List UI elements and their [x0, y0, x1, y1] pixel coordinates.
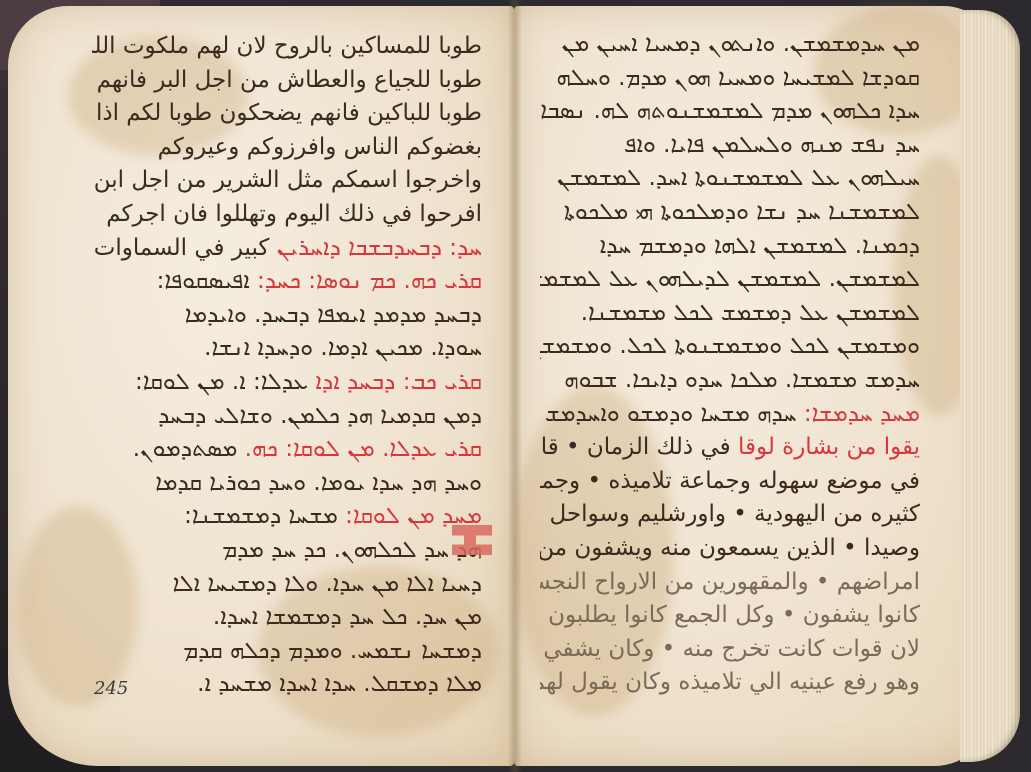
manuscript-line: ܡܚܕ ܚܕܡܫܐ: ܚܕܗ ܡܫܚܐ ܘܕܡܫܘ ܘܐܚܕܡܫ [540, 398, 920, 432]
manuscript-line: امراضهم • والمقهورين من الارواح النجسة [540, 566, 920, 600]
line-text: ܚܝܠܗܘܢ ܥܠ ܠܡܫܡܫܢܘܬܐ ܐܚܕ. ܠܡܫܡܫܢ [557, 165, 920, 191]
manuscript-line: طوبا للمساكين بالروح لان لهم ملكوت الله [92, 30, 482, 64]
line-text: ܚܘܕܐ. ܡܟܝܢ ܐܕܡܐ. ܘܕܚܕܐ ܐܢܫܐ. [204, 335, 482, 361]
manuscript-line: واخرجوا اسمكم مثل الشرير من اجل ابن البش… [92, 164, 482, 198]
manuscript-line: طوبا للجياع والعطاش من اجل البر فانهم يش… [92, 64, 482, 98]
left-page-text: طوبا للمساكين بالروح لان لهم ملكوت اللهط… [92, 30, 482, 702]
rubric-text: يقوا من بشارة لوقا [731, 434, 920, 460]
rubric-text: ܡܚܕ ܚܕܡܫܐ: [797, 401, 920, 427]
line-text: طوبا للباكين فانهم يضحكون طوبا لكم اذا [96, 100, 482, 126]
manuscript-line: ܠܡܫܡܫܢܐ ܚܕ ܢܫܐ ܘܕܡܠܟܘܬܐ ܗܝ ܡܠܟܘܬܐ [540, 196, 920, 230]
manuscript-line: ܚܕܡܫ ܡܫܡܫܐ. ܡܠܟܐ ܚܕܘ ܕܐܝܟܐ. ܫܒܘܗ [540, 364, 920, 398]
line-text: وهو رفع عينيه الي تلاميذه وكان يقول لهم [540, 669, 920, 695]
line-text: افرحوا في ذلك اليوم وتهللوا فان اجركم [106, 201, 482, 227]
line-text: ܚܕ ܢܦܫ ܡܢܗ ܘܠܚܠܡܢ ܦܐܝܐ. ܘܐܦ [624, 132, 920, 158]
manuscript-line: في موضع سهوله وجماعة تلاميذه • وجماعة [540, 465, 920, 499]
line-text: ܕܡܫܚܐ ܢܫܡܚ. ܘܡܕܡ ܕܟܠܗ ܩܕܡ [183, 638, 482, 664]
manuscript-line: ܩܪܝ ܥܕܠܐ. ܡܢ ܠܘܩܐ: ܟܗ. ܡܣܬܕܡܘܢ. [92, 433, 482, 467]
manuscript-line: وصيدا • الذين يسمعون منه ويشفون من [540, 532, 920, 566]
manuscript-line: ܠܡܫܡܫܢ ܥܠ ܕܡܫܡܫ ܠܟܠ ܡܫܡܫܢܐ. [540, 297, 920, 331]
rubric-text: ܩܪܝ ܟܒ: ܕܒܚܕ ܐܕܐ [308, 369, 482, 395]
line-text: ܕܡܢ ܩܕܡܝܐ ܗܕ ܟܠܡܢ. ܘܫܐܠܝ ܕܒܚܕ [158, 403, 482, 429]
manuscript-line: ܕܟܡܢܐ. ܠܡܫܡܫܢ ܐܠܗܐ ܘܕܡܫܡ ܚܕܐ [540, 230, 920, 264]
manuscript-line: ܡܢ ܚܕܡܫܡܫܢ. ܘܐܢܬܘܢ ܕܡܚܝܐ ܐܚܝܢ ܡܢ [540, 28, 920, 62]
rubric-text: ܩܪܝ ܟܗ. ܟܡ ܢܘܣܐ: ܟܚܕ: [250, 268, 482, 294]
manuscript-line: ܘܡܫܡܫܢ ܠܟܠ ܘܡܫܡܫܢܘܬܐ ܠܟܠ. ܘܡܫܡܫܢ [540, 330, 920, 364]
manuscript-line: ܡܚܕ ܡܢ ܠܘܩܐ: ܡܫܚܐ ܕܡܫܡܫܢܐ: [92, 500, 482, 534]
rubric-text: ܩܪܝ ܥܕܠܐ. ܡܢ ܠܘܩܐ: ܟܗ. [237, 436, 482, 462]
line-text: طوبا للجياع والعطاش من اجل البر فانهم يش… [92, 67, 482, 93]
manuscript-line: ܚܘܕܐ. ܡܟܝܢ ܐܕܡܐ. ܘܕܚܕܐ ܐܢܫܐ. [92, 332, 482, 366]
manuscript-line: ܕܚܝܐ ܐܠܐ ܡܢ ܚܕܐ. ܘܠܐ ܕܡܫܝܚܐ ܐܠܐ [92, 568, 482, 602]
line-text: واخرجوا اسمكم مثل الشرير من اجل ابن البش… [92, 167, 482, 193]
line-text: ܡܣܬܕܡܘܢ. [133, 436, 238, 462]
manuscript-line: ܚܝܠܗܘܢ ܥܠ ܠܡܫܡܫܢܘܬܐ ܐܚܕ. ܠܡܫܡܫܢ [540, 162, 920, 196]
manuscript-line: ܕܡܫܚܐ ܢܫܡܚ. ܘܡܕܡ ܕܟܠܗ ܩܕܡ [92, 635, 482, 669]
manuscript-line: ܠܡܫܡܫܢ. ܠܡܫܡܫܢ ܠܕܝܠܗܘܢ ܥܠ ܠܡܫܡܫܢ. [540, 263, 920, 297]
manuscript-line: ܘܚܕ ܗܕ ܚܕܐ ܝܘܡܐ. ܘܚܕ ܟܘܪܝܐ ܩܕܡܐ [92, 467, 482, 501]
line-text: ܘܚܕ ܗܕ ܚܕܐ ܝܘܡܐ. ܘܚܕ ܟܘܪܝܐ ܩܕܡܐ [155, 470, 482, 496]
line-text: ܥܕܠܐ: ܐ. ܡܢ ܠܘܩܐ: [135, 369, 308, 395]
line-text: ܡܫܚܐ ܕܡܫܡܫܢܐ: [184, 503, 338, 529]
line-text: ܘܡܫܡܫܢ ܠܟܠ ܘܡܫܡܫܢܘܬܐ ܠܟܠ. ܘܡܫܡܫܢ [540, 333, 920, 359]
line-text: ܩܘܕܫܐ ܠܡܫܝܚܐ ܘܡܚܝܐ ܗܘܢ ܡܕܡ. ܘܚܠܗ [556, 65, 920, 91]
manuscript-line: ܩܘܕܫܐ ܠܡܫܝܚܐ ܘܡܚܝܐ ܗܘܢ ܡܕܡ. ܘܚܠܗ [540, 62, 920, 96]
line-text: ܠܡܫܡܫܢ. ܠܡܫܡܫܢ ܠܕܝܠܗܘܢ ܥܠ ܠܡܫܡܫܢ. [540, 266, 920, 292]
manuscript-line: ܕܒܚܕ ܡܕܡܕ ܐܝܡܦܐ ܕܒܚܕ. ܘܐܝܕܡܐ [92, 299, 482, 333]
manuscript-line: لان قوات كانت تخرج منه • وكان يشفي الكل [540, 633, 920, 667]
manuscript-line: ܩܪܝ ܟܒ: ܕܒܚܕ ܐܕܐ ܥܕܠܐ: ܐ. ܡܢ ܠܘܩܐ: [92, 366, 482, 400]
rubric-text: ܚܕ: ܕܒܚܕܒܫܒܐ ܕܐܚܪܝܢ [269, 235, 482, 261]
line-text: كبير في السماوات [94, 235, 270, 261]
manuscript-line: طوبا للباكين فانهم يضحكون طوبا لكم اذا [92, 97, 482, 131]
manuscript-line: ܡܢ ܚܕ. ܟܠ ܚܕ ܕܡܫܡܫܐ ܐܚܕܐ. [92, 601, 482, 635]
line-text: ܠܡܫܡܫܢ ܥܠ ܕܡܫܡܫ ܠܟܠ ܡܫܡܫܢܐ. [581, 300, 920, 326]
manuscript-line: وهو رفع عينيه الي تلاميذه وكان يقول لهم [540, 666, 920, 700]
line-text: بغضوكم الناس وافرزوكم وعيروكم [158, 134, 482, 160]
manuscript-line: ܚܕܐ ܟܠܗܘܢ ܡܕܡ ܠܡܫܡܫܢܘܬܗ ܠܗ. ܢܣܒܐ [540, 95, 920, 129]
line-text: في ذلك الزمان • قام ايسوع [540, 434, 731, 460]
line-text: ܡܢ ܚܕ. ܟܠ ܚܕ ܕܡܫܡܫܐ ܐܚܕܐ. [213, 604, 482, 630]
manuscript-line: ܚܕ: ܕܒܚܕܒܫܒܐ ܕܐܚܪܝܢ كبير في السماوات [92, 232, 482, 266]
manuscript-line: ܗܕ ܚܕ ܠܟܠܗܘܢ. ܟܕ ܚܕ ܡܕܡ [92, 534, 482, 568]
line-text: امراضهم • والمقهورين من الارواح النجسة [540, 569, 920, 595]
line-text: في موضع سهوله وجماعة تلاميذه • وجماعة [540, 468, 920, 494]
manuscript-line: يقوا من بشارة لوقا في ذلك الزمان • قام ا… [540, 431, 920, 465]
right-page-text: ܡܢ ܚܕܡܫܡܫܢ. ܘܐܢܬܘܢ ܕܡܚܝܐ ܐܚܝܢ ܡܢܩܘܕܫܐ ܠܡ… [540, 28, 920, 700]
manuscript-line: كانوا يشفون • وكل الجمع كانوا يطلبون يشف… [540, 599, 920, 633]
line-text: طوبا للمساكين بالروح لان لهم ملكوت الله [92, 33, 482, 59]
line-text: ܕܒܚܕ ܡܕܡܕ ܐܝܡܦܐ ܕܒܚܕ. ܘܐܝܕܡܐ [185, 302, 482, 328]
line-text: كثيره من اليهودية • واورشليم وسواحل [550, 501, 920, 527]
line-text: ܚܕܗ ܡܫܚܐ ܘܕܡܫܘ ܘܐܚܕܡܫ [545, 401, 797, 427]
line-text: ܡܢ ܚܕܡܫܡܫܢ. ܘܐܢܬܘܢ ܕܡܚܝܐ ܐܚܝܢ ܡܢ [562, 31, 920, 57]
line-text: لان قوات كانت تخرج منه • وكان يشفي الكل [540, 636, 920, 662]
manuscript-line: افرحوا في ذلك اليوم وتهللوا فان اجركم [92, 198, 482, 232]
line-text: ܗܕ ܚܕ ܠܟܠܗܘܢ. ܟܕ ܚܕ ܡܕܡ [222, 537, 482, 563]
folio-number: 245 [94, 678, 128, 699]
line-text: ܚܕܐ ܟܠܗܘܢ ܡܕܡ ܠܡܫܡܫܢܘܬܗ ܠܗ. ܢܣܒܐ [540, 98, 920, 124]
manuscript-line: ܩܪܝ ܟܗ. ܟܡ ܢܘܣܐ: ܟܚܕ: ܐܦܝܣܩܘܦܐ: [92, 265, 482, 299]
line-text: ܚܕܡܫ ܡܫܡܫܐ. ܡܠܟܐ ܚܕܘ ܕܐܝܟܐ. ܫܒܘܗ [564, 367, 920, 393]
line-text: وصيدا • الذين يسمعون منه ويشفون من [540, 535, 920, 561]
manuscript-line: كثيره من اليهودية • واورشليم وسواحل [540, 498, 920, 532]
line-text: ܐܦܝܣܩܘܦܐ: [157, 268, 250, 294]
line-text: ܠܡܫܡܫܢܐ ܚܕ ܢܫܐ ܘܕܡܠܟܘܬܐ ܗܝ ܡܠܟܘܬܐ [564, 199, 920, 225]
line-text: كانوا يشفون • وكل الجمع كانوا يطلبون يشف… [540, 602, 920, 628]
book-gutter [508, 0, 522, 772]
manuscript-line: ܡܠܐ ܕܡܫܩܠ. ܚܕܐ ܐܚܕܐ ܡܫܚܕ ܐ. [92, 668, 482, 702]
line-text: ܕܟܡܢܐ. ܠܡܫܡܫܢ ܐܠܗܐ ܘܕܡܫܡ ܚܕܐ [600, 233, 920, 259]
page-edges [960, 10, 1020, 762]
manuscript-line: بغضوكم الناس وافرزوكم وعيروكم [92, 131, 482, 165]
manuscript-line: ܕܡܢ ܩܕܡܝܐ ܗܕ ܟܠܡܢ. ܘܫܐܠܝ ܕܒܚܕ [92, 400, 482, 434]
manuscript-line: ܚܕ ܢܦܫ ܡܢܗ ܘܠܚܠܡܢ ܦܐܝܐ. ܘܐܦ [540, 129, 920, 163]
line-text: ܕܚܝܐ ܐܠܐ ܡܢ ܚܕܐ. ܘܠܐ ܕܡܫܝܚܐ ܐܠܐ [173, 571, 482, 597]
line-text: ܡܠܐ ܕܡܫܩܠ. ܚܕܐ ܐܚܕܐ ܡܫܚܕ ܐ. [197, 671, 482, 697]
